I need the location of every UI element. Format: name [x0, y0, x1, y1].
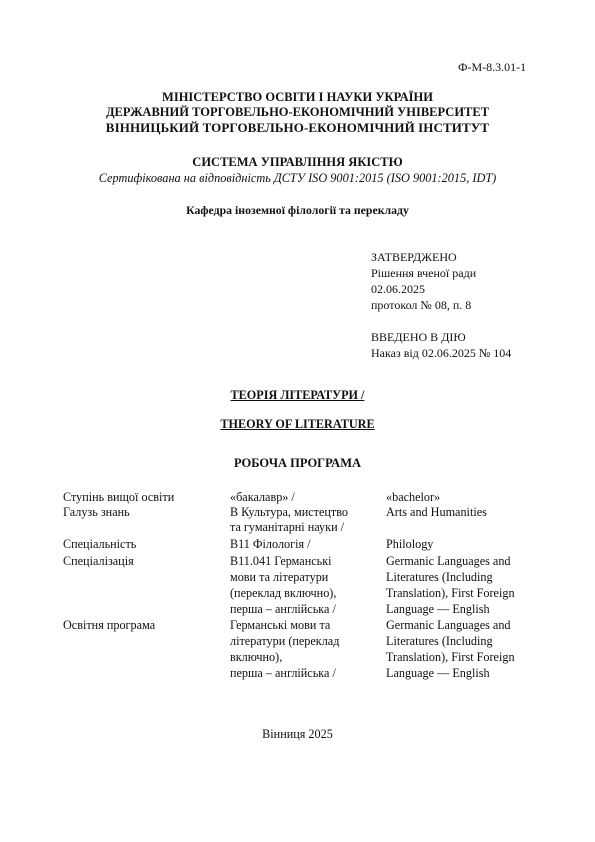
detail-label: Спеціальність: [63, 537, 136, 552]
university-name: ДЕРЖАВНИЙ ТОРГОВЕЛЬНО-ЕКОНОМІЧНИЙ УНІВЕР…: [0, 105, 595, 120]
quality-system-title: СИСТЕМА УПРАВЛІННЯ ЯКІСТЮ: [0, 155, 595, 170]
detail-value-en: Literatures (Including: [386, 634, 493, 649]
detail-value-ua: перша – англійська /: [230, 666, 336, 681]
quality-system-certification: Сертифікована на відповідність ДСТУ ISO …: [0, 171, 595, 186]
detail-value-ua: B11 Філологія /: [230, 537, 311, 552]
detail-value-en: Germanic Languages and: [386, 618, 511, 633]
detail-value-en: Literatures (Including: [386, 570, 493, 585]
course-title-ua: ТЕОРІЯ ЛІТЕРАТУРИ /: [0, 388, 595, 403]
detail-value-ua: перша – англійська /: [230, 602, 336, 617]
detail-label: Освітня програма: [63, 618, 155, 633]
detail-value-en: Arts and Humanities: [386, 505, 487, 520]
course-title-en: THEORY OF LITERATURE: [0, 417, 595, 432]
ministry-name: МІНІСТЕРСТВО ОСВІТИ І НАУКИ УКРАЇНИ: [0, 90, 595, 105]
city-year: Вінниця 2025: [0, 727, 595, 742]
document-kind: РОБОЧА ПРОГРАМА: [0, 456, 595, 471]
detail-label: Спеціалізація: [63, 554, 134, 569]
approval-line: ЗАТВЕРДЖЕНО: [371, 250, 457, 265]
detail-value-en: Germanic Languages and: [386, 554, 511, 569]
detail-value-en: Translation), First Foreign: [386, 586, 515, 601]
detail-value-ua: B11.041 Германські: [230, 554, 332, 569]
detail-label: Галузь знань: [63, 505, 130, 520]
detail-label: Ступінь вищої освіти: [63, 490, 174, 505]
approval-line: Рішення вченої ради: [371, 266, 476, 281]
form-code: Ф-М-8.3.01-1: [458, 60, 526, 75]
detail-value-en: Translation), First Foreign: [386, 650, 515, 665]
introduced-line: ВВЕДЕНО В ДІЮ: [371, 330, 466, 345]
detail-value-en: Philology: [386, 537, 433, 552]
detail-value-en: Language — English: [386, 602, 490, 617]
department-name: Кафедра іноземної філології та перекладу: [0, 203, 595, 218]
detail-value-ua: Германські мови та: [230, 618, 330, 633]
introduced-line: Наказ від 02.06.2025 № 104: [371, 346, 511, 361]
detail-value-ua: літератури (переклад: [230, 634, 339, 649]
detail-value-ua: B Культура, мистецтво: [230, 505, 348, 520]
detail-value-en: Language — English: [386, 666, 490, 681]
detail-value-ua: мови та літератури: [230, 570, 328, 585]
approval-line: протокол № 08, п. 8: [371, 298, 471, 313]
institute-name: ВІННИЦЬКИЙ ТОРГОВЕЛЬНО-ЕКОНОМІЧНИЙ ІНСТИ…: [0, 120, 595, 135]
detail-value-ua: (переклад включно),: [230, 586, 336, 601]
detail-value-ua: та гуманітарні науки /: [230, 520, 344, 535]
detail-value-ua: включно),: [230, 650, 282, 665]
detail-value-en: «bachelor»: [386, 490, 440, 505]
detail-value-ua: «бакалавр» /: [230, 490, 295, 505]
approval-line: 02.06.2025: [371, 282, 425, 297]
